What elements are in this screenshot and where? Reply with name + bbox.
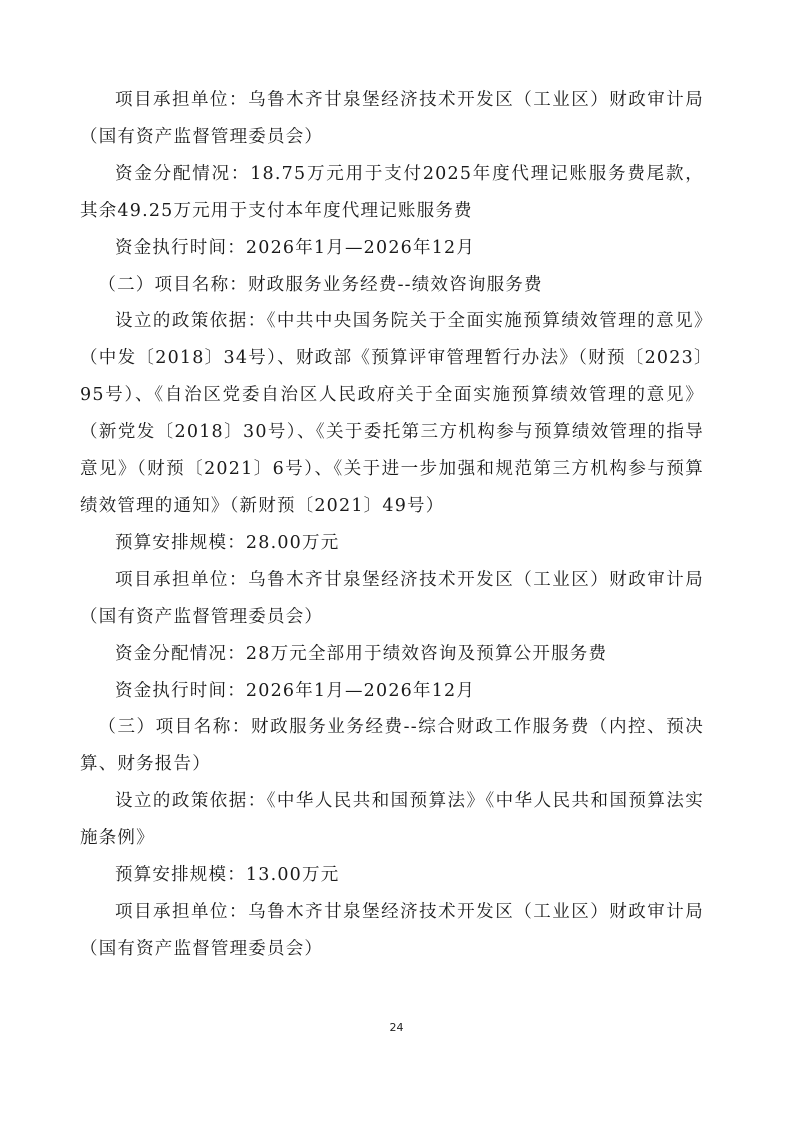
paragraph-undertaking-unit-3: 项目承担单位：乌鲁木齐甘泉堡经济技术开发区（工业区）财政审计局（国有资产监督管理… [80,894,704,968]
paragraph-fund-allocation-2: 资金分配情况：28万元全部用于绩效咨询及预算公开服务费 [80,636,704,673]
paragraph-policy-basis-2: 设立的政策依据：《中共中央国务院关于全面实施预算绩效管理的意见》（中发〔2018… [80,303,704,524]
paragraph-undertaking-unit-2: 项目承担单位：乌鲁木齐甘泉堡经济技术开发区（工业区）财政审计局（国有资产监督管理… [80,562,704,636]
page-number: 24 [0,1021,793,1034]
paragraph-policy-basis-3: 设立的政策依据：《中华人民共和国预算法》《中华人民共和国预算法实施条例》 [80,783,704,857]
document-page: 项目承担单位：乌鲁木齐甘泉堡经济技术开发区（工业区）财政审计局（国有资产监督管理… [80,82,704,968]
paragraph-budget-scale-2: 预算安排规模：28.00万元 [80,525,704,562]
section-heading-2: （二）项目名称：财政服务业务经费--绩效咨询服务费 [80,267,704,304]
paragraph-execution-time-2: 资金执行时间：2026年1月—2026年12月 [80,673,704,710]
paragraph-budget-scale-3: 预算安排规模：13.00万元 [80,857,704,894]
paragraph-undertaking-unit-1: 项目承担单位：乌鲁木齐甘泉堡经济技术开发区（工业区）财政审计局（国有资产监督管理… [80,82,704,156]
paragraph-execution-time-1: 资金执行时间：2026年1月—2026年12月 [80,230,704,267]
section-heading-3: （三）项目名称：财政服务业务经费--综合财政工作服务费（内控、预决算、财务报告） [80,709,704,783]
paragraph-fund-allocation-1: 资金分配情况：18.75万元用于支付2025年度代理记账服务费尾款，其余49.2… [80,156,704,230]
